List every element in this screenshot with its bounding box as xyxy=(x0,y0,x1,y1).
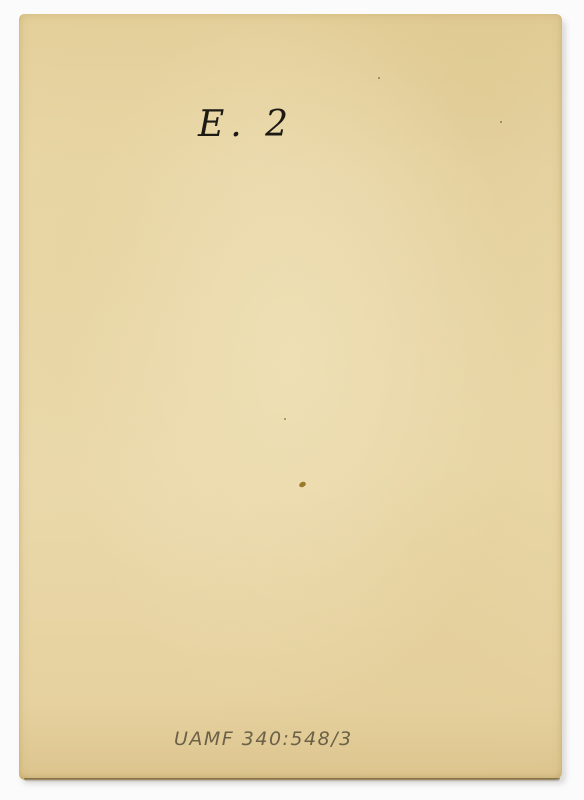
speck xyxy=(500,121,502,123)
card-bottom-edge xyxy=(24,778,560,782)
speck xyxy=(378,77,380,79)
pencil-inscription-accession-number: UAMF 340:548/3 xyxy=(174,722,424,756)
speck xyxy=(284,418,286,420)
ink-inscription-catalog-mark: E. 2 xyxy=(198,97,308,153)
scan-background: E. 2 UAMF 340:548/3 xyxy=(0,0,584,800)
